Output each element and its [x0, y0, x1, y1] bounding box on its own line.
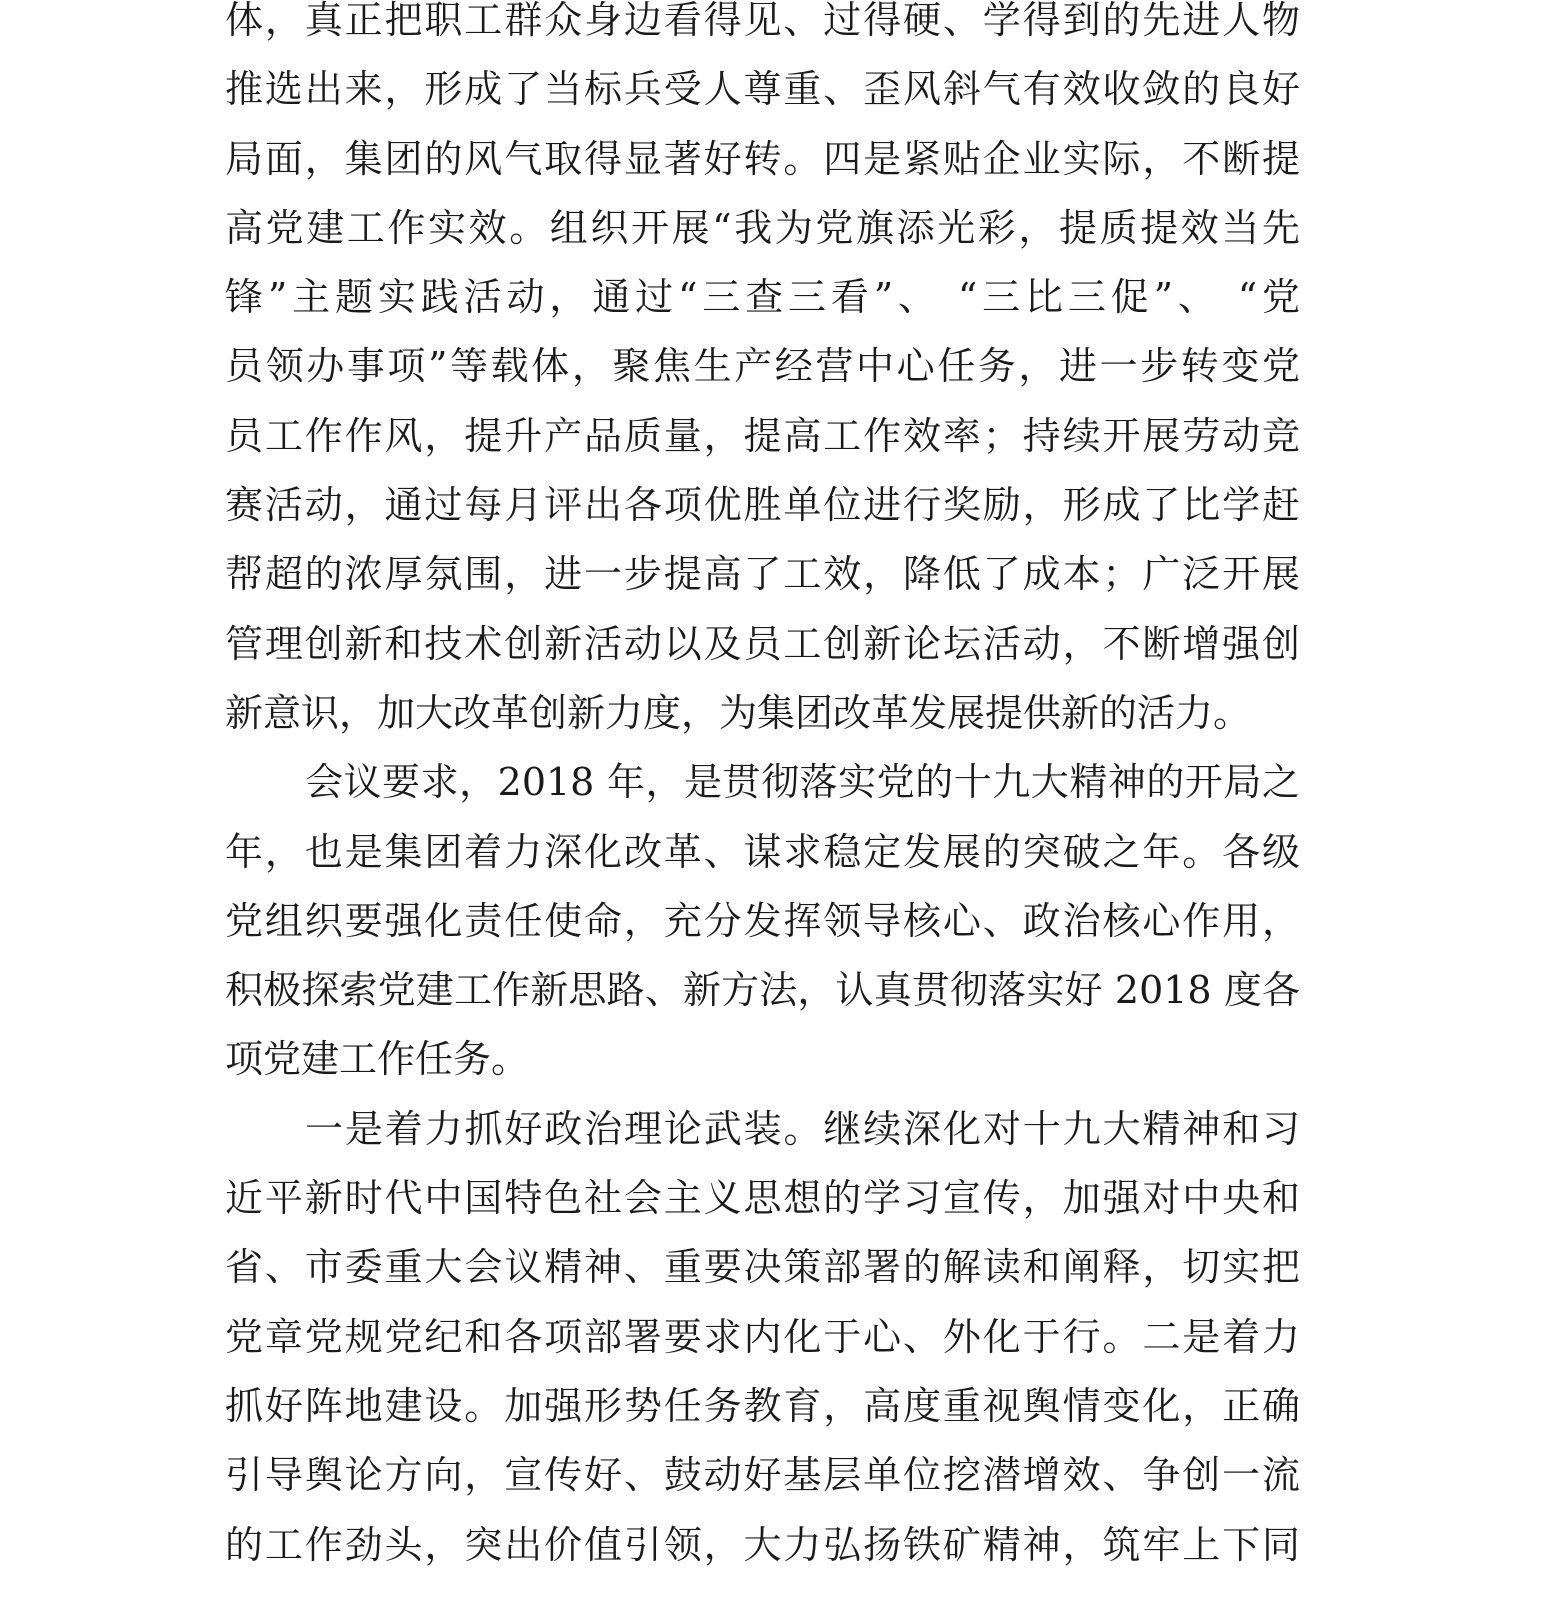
- text-line: 体，真正把职工群众身边看得见、过得硬、学得到的先进人物: [225, 0, 1300, 55]
- text-line: 管理创新和技术创新活动以及员工创新论坛活动，不断增强创: [225, 610, 1300, 679]
- document-page: 体，真正把职工群众身边看得见、过得硬、学得到的先进人物 推选出来，形成了当标兵受…: [0, 0, 1551, 1600]
- text-line: 推选出来，形成了当标兵受人尊重、歪风斜气有效收敛的良好: [225, 55, 1300, 124]
- text-line: 锋”主题实践活动，通过“三查三看”、 “三比三促”、 “党: [225, 263, 1300, 332]
- text-line: 党章党规党纪和各项部署要求内化于心、外化于行。二是着力: [225, 1303, 1300, 1372]
- text-line: 员领办事项”等载体，聚焦生产经营中心任务，进一步转变党: [225, 332, 1300, 401]
- text-line: 帮超的浓厚氛围，进一步提高了工效，降低了成本；广泛开展: [225, 540, 1300, 609]
- body-text: 体，真正把职工群众身边看得见、过得硬、学得到的先进人物 推选出来，形成了当标兵受…: [225, 0, 1300, 1580]
- text-line: 的工作劲头，突出价值引领，大力弘扬铁矿精神，筑牢上下同: [225, 1511, 1300, 1580]
- text-line: 高党建工作实效。组织开展“我为党旗添光彩，提质提效当先: [225, 194, 1300, 263]
- paragraph-end-line: 项党建工作任务。: [225, 1025, 1300, 1094]
- text-line: 引导舆论方向，宣传好、鼓动好基层单位挖潜增效、争创一流: [225, 1441, 1300, 1510]
- paragraph-end-line: 新意识，加大改革创新力度，为集团改革发展提供新的活力。: [225, 679, 1300, 748]
- text-line: 局面，集团的风气取得显著好转。四是紧贴企业实际，不断提: [225, 125, 1300, 194]
- text-line: 员工作作风，提升产品质量，提高工作效率；持续开展劳动竞: [225, 402, 1300, 471]
- text-line: 省、市委重大会议精神、重要决策部署的解读和阐释，切实把: [225, 1233, 1300, 1302]
- text-line: 年，也是集团着力深化改革、谋求稳定发展的突破之年。各级: [225, 818, 1300, 887]
- text-line: 赛活动，通过每月评出各项优胜单位进行奖励，形成了比学赶: [225, 471, 1300, 540]
- text-line: 党组织要强化责任使命，充分发挥领导核心、政治核心作用，: [225, 887, 1300, 956]
- paragraph-first-line: 一是着力抓好政治理论武装。继续深化对十九大精神和习: [225, 1095, 1300, 1164]
- text-line: 近平新时代中国特色社会主义思想的学习宣传，加强对中央和: [225, 1164, 1300, 1233]
- paragraph-first-line: 会议要求，2018 年，是贯彻落实党的十九大精神的开局之: [225, 748, 1300, 817]
- text-line: 积极探索党建工作新思路、新方法，认真贯彻落实好 2018 度各: [225, 956, 1300, 1025]
- text-line: 抓好阵地建设。加强形势任务教育，高度重视舆情变化，正确: [225, 1372, 1300, 1441]
